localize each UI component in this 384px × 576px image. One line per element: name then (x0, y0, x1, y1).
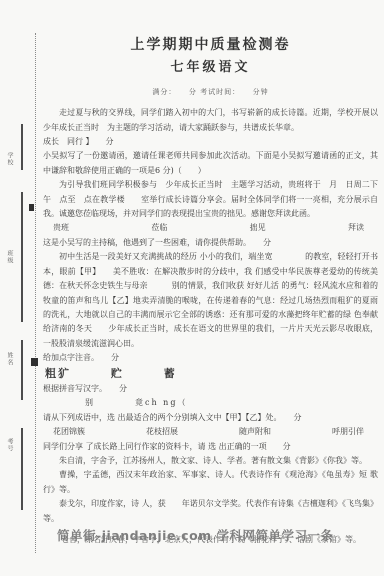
margin-label-name: 姓名 (4, 352, 14, 366)
margin-label-class: 班级 (4, 250, 14, 264)
margin-bar (21, 124, 23, 170)
idiom-option: 呼朋引伴 (332, 425, 364, 439)
question-author: 同学们分享 了成长路上同行作家的资料卡，请 选 出正确的一项 分 (43, 440, 378, 454)
invitation-body: 为引导我们班同学积极参与 少年成长正当时 主题学习活动，贵班将于 月 日周二下午… (43, 178, 378, 221)
idiom-options-row: 花团锦簇 花枝招展 随声附和 呼朋引伴 (43, 425, 378, 439)
author-option-c: 泰戈尔，印度作家，诗 人，获 年诺贝尔文学奖。代表作有诗集《吉檀迦利》《飞鸟集》… (43, 497, 378, 526)
idiom-option: 花团锦簇 (53, 425, 85, 439)
exam-paper-page: 学校 班级 姓名 考号 上学期期中质量检测卷 七年级语文 满分： 分 考试时间：… (0, 0, 384, 576)
prompt-hanzi: 根据拼音写汉字。 分 (43, 382, 378, 396)
margin-label-number: 考号 (4, 438, 14, 452)
invitation-options-row: 贵班 莅临 拙见 拜读 (43, 221, 378, 235)
question-host-script: 这是小吴写的主持稿，他遇到了一些困难，请你提供帮助。 分 (43, 236, 378, 250)
zhuyin-words-row: 粗犷 贮 蓄 (45, 367, 378, 381)
passage-paragraph: 初中生活是一段美好又充满挑战的经历 小小的我们，端坐宽 的教室，轻轻打开书本，眼… (43, 250, 378, 351)
binding-dotted-line (35, 33, 36, 553)
idiom-option: 花枝招展 (146, 425, 178, 439)
zhuyin-word: 粗犷 (45, 367, 71, 380)
author-option-a: 朱自清，字舍予，江苏扬州人，散文家、诗人、学者。著有散文集《背影》《你我》等。 (43, 454, 378, 468)
question-invitation: 小吴拟写了一份邀请函，邀请任课老师共同参加此次活动。下面是小吴拟写邀请函的正文，… (43, 149, 378, 178)
score-time-line: 满分： 分 考试时间： 分钟 (43, 85, 378, 99)
margin-bar (21, 340, 23, 400)
exam-content: 上学期期中质量检测卷 七年级语文 满分： 分 考试时间： 分钟 走过夏与秋的交界… (43, 0, 378, 546)
page-subtitle: 七年级语文 (43, 61, 378, 75)
margin-bar (21, 192, 23, 322)
margin-label-school: 学校 (4, 152, 14, 166)
hanzi-fill-line: 别 竟ch ng（ (43, 396, 378, 410)
unit-header: 成长 同行 】 分 (43, 135, 378, 149)
zhuyin-word: 贮 (111, 367, 124, 380)
zhuyin-word: 蓄 (164, 367, 177, 380)
page-title: 上学期期中质量检测卷 (43, 38, 378, 52)
intro-paragraph: 走过夏与秋的交界线，同学们踏入初中的大门，书写崭新的成长诗篇。近期，学校开展以 … (43, 106, 378, 135)
invitation-option: 拙见 (250, 221, 266, 235)
invitation-option: 莅临 (151, 221, 167, 235)
prompt-zhuyin: 给加点字注音。 分 (43, 351, 378, 365)
idiom-option: 随声附和 (239, 425, 271, 439)
prompt-idiom: 请从下列成语中，选 出最适合的两个分别填入文中【甲】【乙】处。 分 (43, 411, 378, 425)
binding-seal-mark (31, 358, 38, 366)
author-option-b: 曹操，字孟德，西汉末年政治家、军事家、诗人。代表诗作有《观沧海》《龟虽寿》短 歌… (43, 468, 378, 497)
margin-bar (21, 428, 23, 510)
watermark-text: 简单街-jiandanjie.com 学科网简单学习一条 (57, 529, 334, 543)
binding-seal-mark (29, 204, 34, 211)
watermark-line: 老舍，原名舒庆春，字舍予，北京人，代表作有小说《骆驼祥子》、话剧《茶馆》等。 简… (43, 529, 378, 546)
invitation-option: 拜读 (348, 221, 364, 235)
invitation-option: 贵班 (53, 221, 69, 235)
